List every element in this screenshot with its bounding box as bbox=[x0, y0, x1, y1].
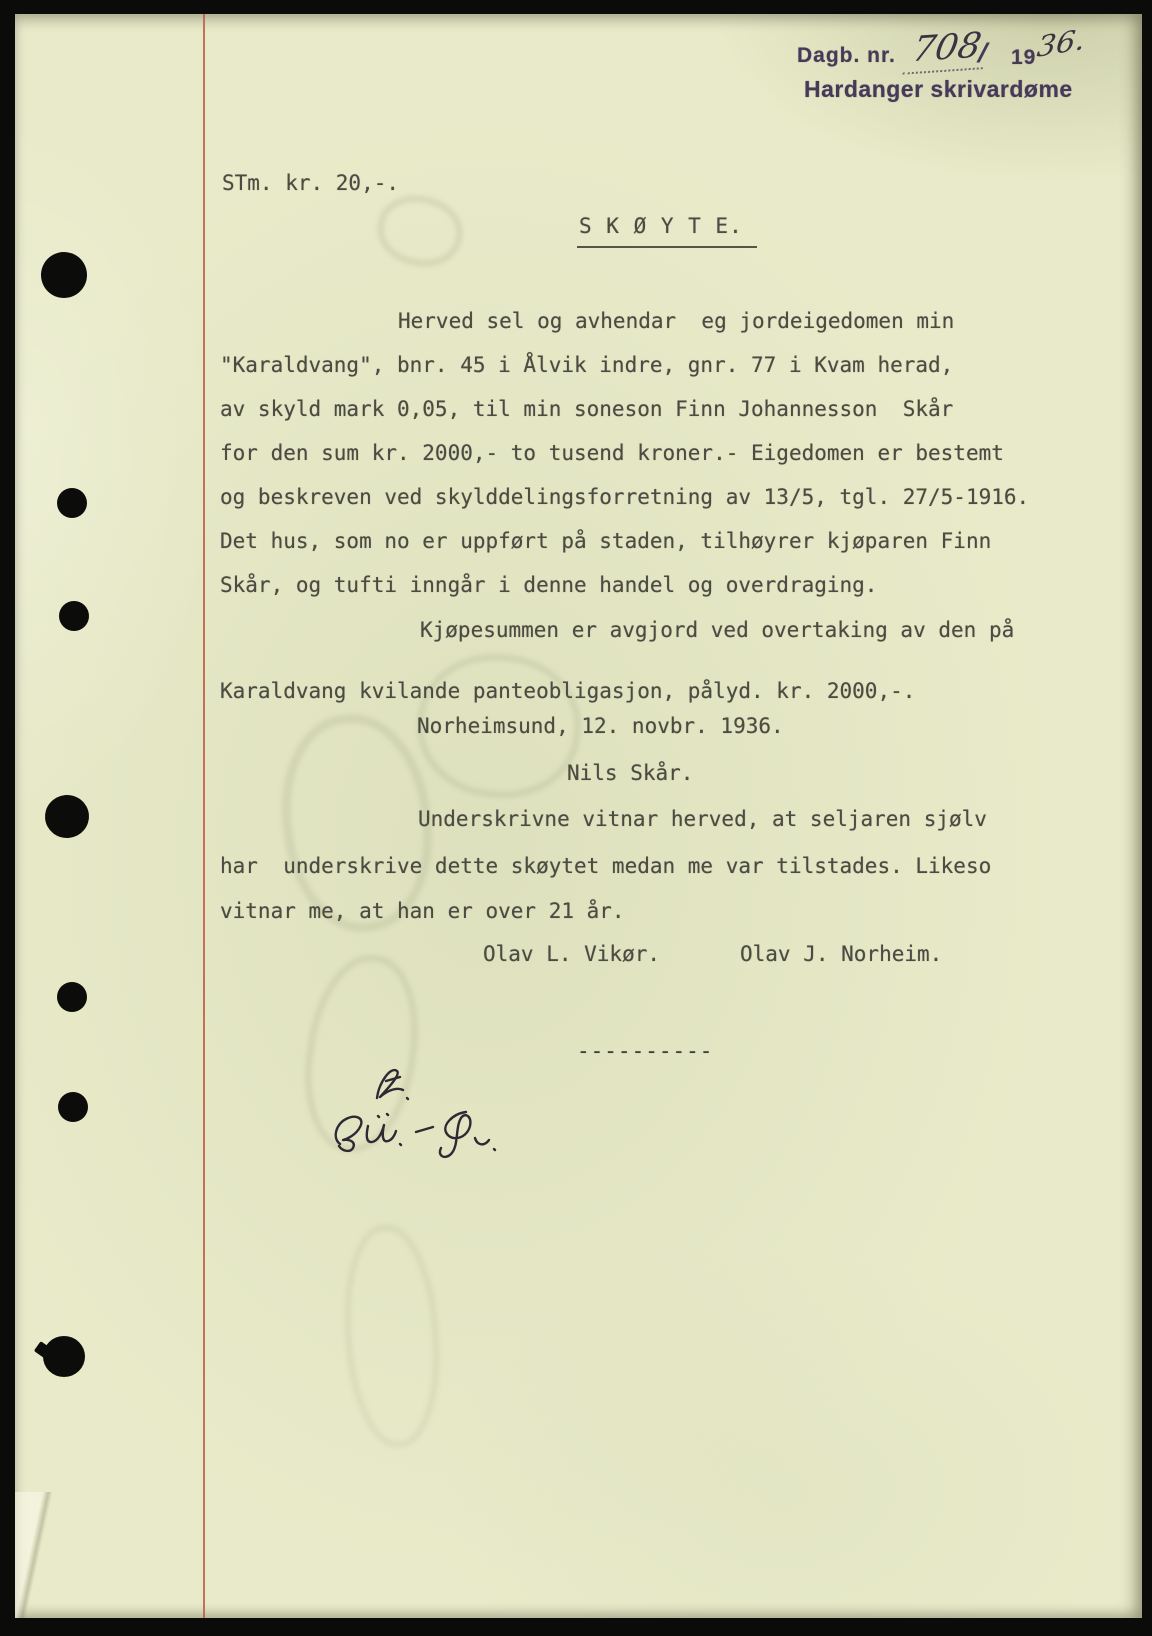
body-line: av skyld mark 0,05, til min soneson Finn… bbox=[220, 396, 953, 422]
witness-clause-line: har underskrive dette skøytet medan me v… bbox=[220, 853, 991, 879]
place-date-line: Norheimsund, 12. novbr. 1936. bbox=[417, 713, 784, 739]
stamp-year-prefix: 19 bbox=[1011, 46, 1036, 70]
red-margin-line bbox=[203, 14, 205, 1618]
punch-hole bbox=[43, 1336, 85, 1377]
punch-hole bbox=[58, 1092, 88, 1122]
punch-hole bbox=[38, 249, 90, 301]
seller-signature-typed: Nils Skår. bbox=[567, 760, 693, 786]
separator-dashes: ---------- bbox=[577, 1038, 713, 1064]
punch-hole bbox=[59, 601, 89, 631]
body-line: Skår, og tufti inngår i denne handel og … bbox=[220, 572, 877, 598]
document-paper: Dagb. nr. 708 / 19 36. Hardanger skrivar… bbox=[15, 14, 1142, 1618]
body-line: og beskreven ved skylddelingsforretning … bbox=[220, 484, 1029, 510]
punch-hole bbox=[43, 793, 91, 840]
handwritten-initials-signature bbox=[320, 1054, 510, 1159]
punch-hole bbox=[57, 982, 87, 1012]
folded-corner-crease bbox=[15, 1492, 61, 1618]
office-stamp: Hardanger skrivardøme bbox=[804, 76, 1073, 103]
witness-signature-typed: Olav L. Vikør. bbox=[483, 941, 660, 967]
witness-clause-line: Underskrivne vitnar herved, at seljaren … bbox=[418, 806, 987, 832]
body-line: Herved sel og avhendar eg jordeigedomen … bbox=[398, 308, 954, 334]
body-line: Karaldvang kvilande panteobligasjon, pål… bbox=[220, 678, 915, 704]
handwritten-initials-strokes bbox=[320, 1054, 510, 1159]
scanned-deed-page: Dagb. nr. 708 / 19 36. Hardanger skrivar… bbox=[0, 0, 1152, 1636]
witness-signature-typed: Olav J. Norheim. bbox=[740, 941, 942, 967]
daybook-number-stamp-label: Dagb. nr. bbox=[797, 44, 896, 68]
stamp-fee-line: STm. kr. 20,-. bbox=[222, 170, 399, 196]
ink-show-through bbox=[371, 188, 470, 274]
document-title: S K Ø Y T E. bbox=[577, 213, 757, 248]
body-line: Kjøpesummen er avgjord ved overtaking av… bbox=[420, 617, 1014, 643]
stamp-year-handwritten: 36. bbox=[1035, 22, 1086, 63]
body-line: for den sum kr. 2000,- to tusend kroner.… bbox=[220, 440, 1004, 466]
punch-hole bbox=[57, 488, 87, 518]
witness-clause-line: vitnar me, at han er over 21 år. bbox=[220, 898, 625, 924]
ink-show-through bbox=[337, 1221, 446, 1451]
body-line: Det hus, som no er uppført på staden, ti… bbox=[220, 528, 991, 554]
body-line: "Karaldvang", bnr. 45 i Ålvik indre, gnr… bbox=[220, 352, 953, 378]
